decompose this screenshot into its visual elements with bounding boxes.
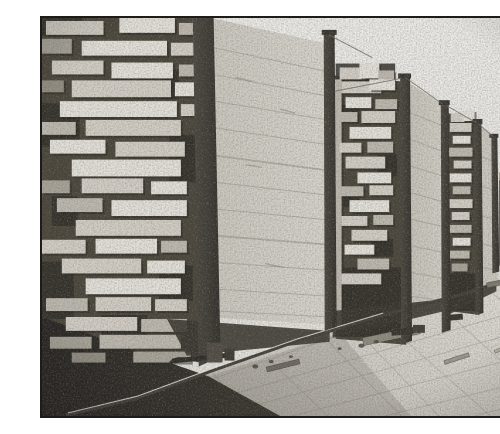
lumber-yard-photo (42, 18, 500, 416)
film-grain-light (42, 18, 500, 416)
halftone-photo-plate: Halftone photograph: long row of stacked… (40, 16, 500, 418)
photo-frame-border (40, 16, 500, 418)
